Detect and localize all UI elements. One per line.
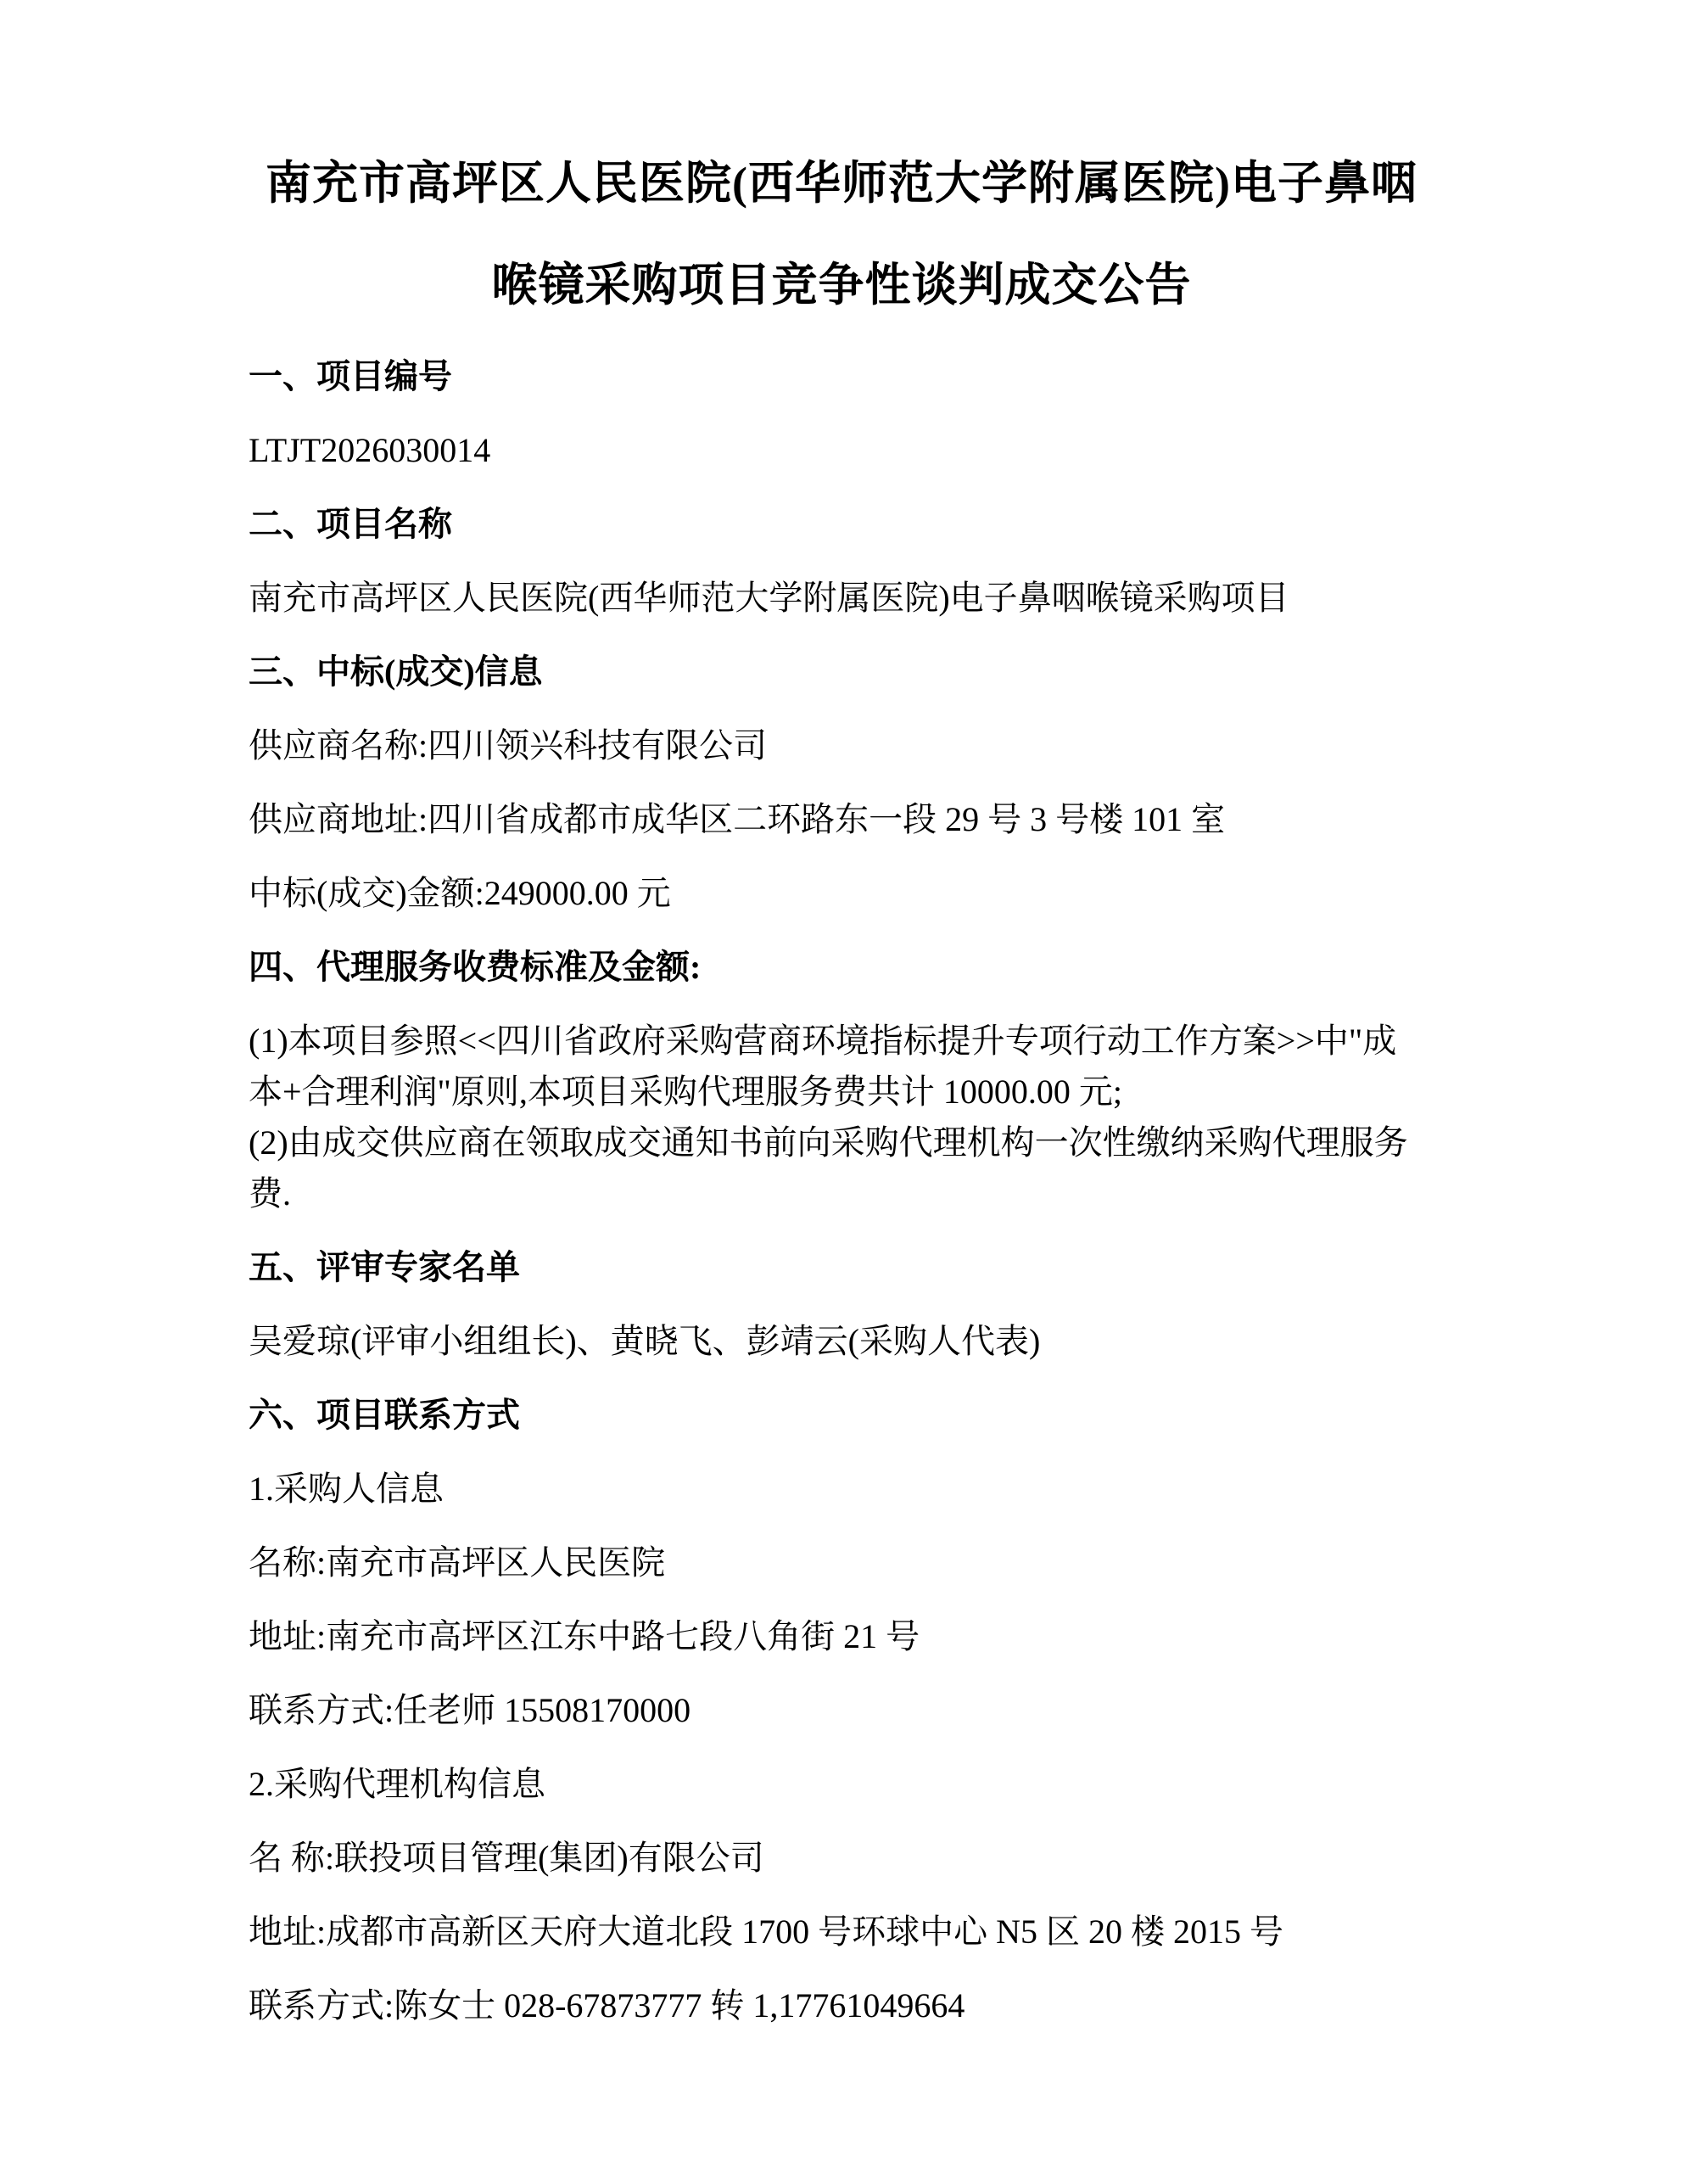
agency-address-line: 地址:成都市高新区天府大道北段 1700 号环球中心 N5 区 20 楼 201… <box>249 1912 1445 1952</box>
section-heading-experts: 五、评审专家名单 <box>249 1247 1445 1288</box>
section-heading-contact: 六、项目联系方式 <box>249 1395 1445 1436</box>
agency-contact-line: 联系方式:陈女士 028-67873777 转 1,17761049664 <box>249 1985 1445 2026</box>
agency-fee-line-1: (1)本项目参照<<四川省政府采购营商环境指标提升专项行动工作方案>>中"成 <box>249 1021 1445 1061</box>
document-title-line2: 喉镜采购项目竞争性谈判成交公告 <box>0 234 1683 336</box>
supplier-address-line: 供应商地址:四川省成都市成华区二环路东一段 29 号 3 号楼 101 室 <box>249 799 1445 840</box>
purchaser-contact-line: 联系方式:任老师 15508170000 <box>249 1690 1445 1731</box>
agency-fee-line-2: 本+合理利润"原则,本项目采购代理服务费共计 10000.00 元; <box>249 1072 1445 1112</box>
document-body: 一、项目编号 LTJT2026030014 二、项目名称 南充市高坪区人民医院(… <box>0 356 1683 2026</box>
section-heading-agency-fee: 四、代理服务收费标准及金额: <box>249 947 1445 988</box>
award-amount-line: 中标(成交)金额:249000.00 元 <box>249 873 1445 914</box>
purchaser-address-line: 地址:南充市高坪区江东中路七段八角街 21 号 <box>249 1616 1445 1657</box>
agency-fee-line-4: 费. <box>249 1173 1445 1214</box>
agency-fee-line-3: (2)由成交供应商在领取成交通知书前向采购代理机构一次性缴纳采购代理服务 <box>249 1123 1445 1163</box>
document-page: 南充市高坪区人民医院(西华师范大学附属医院)电子鼻咽 喉镜采购项目竞争性谈判成交… <box>0 0 1683 2184</box>
experts-list-line: 吴爱琼(评审小组组长)、黄晓飞、彭靖云(采购人代表) <box>249 1321 1445 1362</box>
document-title-line1: 南充市高坪区人民医院(西华师范大学附属医院)电子鼻咽 <box>0 132 1683 234</box>
section-heading-project-number: 一、项目编号 <box>249 356 1445 397</box>
document-title: 南充市高坪区人民医院(西华师范大学附属医院)电子鼻咽 喉镜采购项目竞争性谈判成交… <box>0 0 1683 356</box>
section-heading-award-info: 三、中标(成交)信息 <box>249 652 1445 692</box>
purchaser-info-label: 1.采购人信息 <box>249 1469 1445 1509</box>
supplier-name-line: 供应商名称:四川领兴科技有限公司 <box>249 725 1445 766</box>
agency-info-label: 2.采购代理机构信息 <box>249 1764 1445 1805</box>
project-name-value: 南充市高坪区人民医院(西华师范大学附属医院)电子鼻咽喉镜采购项目 <box>249 578 1445 619</box>
section-heading-project-name: 二、项目名称 <box>249 504 1445 545</box>
agency-name-line: 名 称:联投项目管理(集团)有限公司 <box>249 1838 1445 1879</box>
purchaser-name-line: 名称:南充市高坪区人民医院 <box>249 1543 1445 1583</box>
project-number-value: LTJT2026030014 <box>249 430 1445 471</box>
